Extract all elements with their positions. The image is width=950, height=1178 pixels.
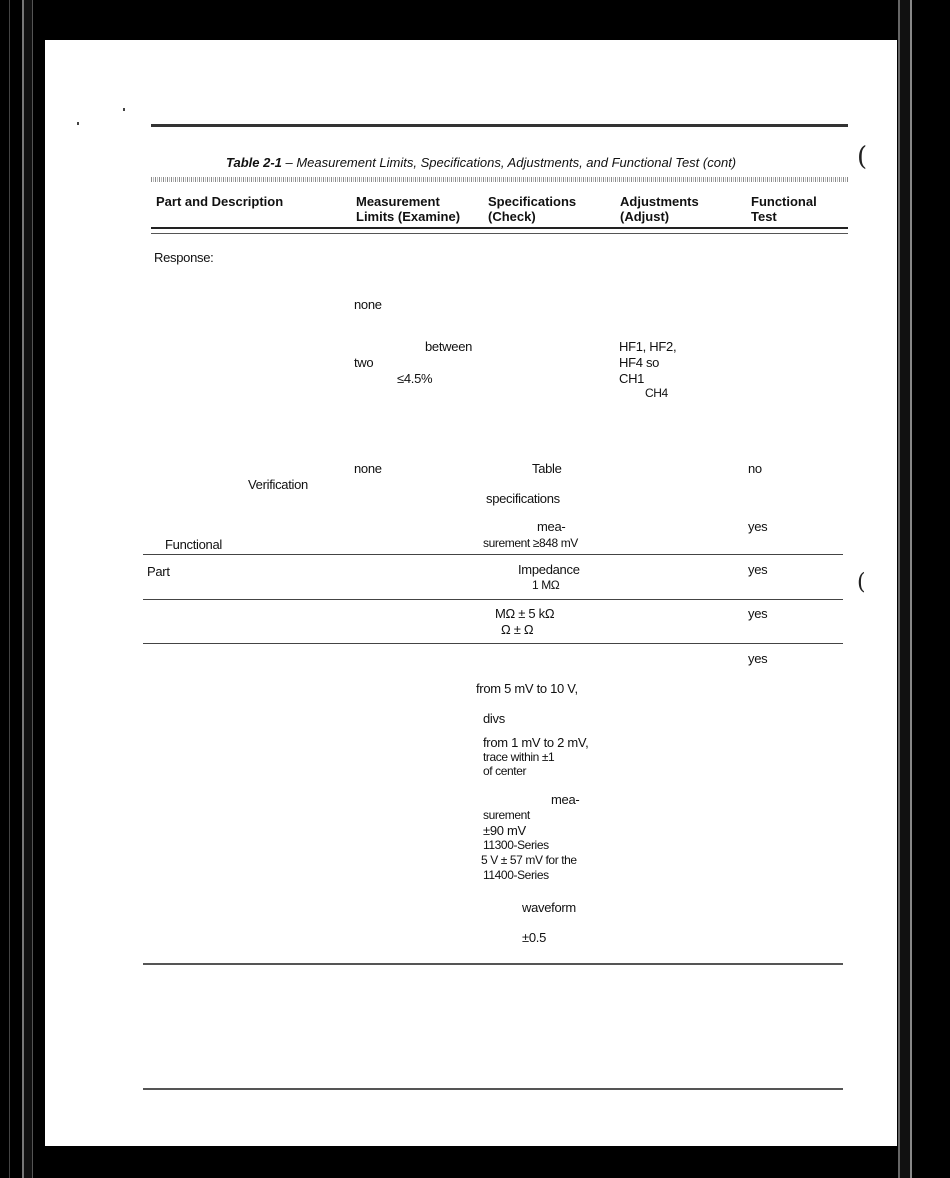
table-bottom-rule [143,963,843,965]
row-sensitivity-test: yes [748,651,767,666]
row-resistance-spec: Ω ± Ω [501,622,533,637]
row-sensitivity-spec: from 1 mV to 2 mV, [483,735,588,750]
row-verification-spec: Table [532,461,562,476]
row-part-label: Part [147,564,170,579]
header-functional-test: Functional Test [751,194,817,224]
row-verification-limits: none [354,461,382,476]
header-line: Adjustments [620,194,699,209]
row-resistance-test: yes [748,606,767,621]
margin-bracket-mark: ( [857,570,866,595]
scan-border-left [0,0,45,1178]
header-line: (Check) [488,209,576,224]
header-line: Specifications [488,194,576,209]
hatched-rule [151,177,848,182]
header-adjustments: Adjustments (Adjust) [620,194,699,224]
row-impedance-test: yes [748,562,767,577]
table-title: Table 2-1 – Measurement Limits, Specific… [226,155,736,170]
scan-speck [123,108,125,111]
header-line: (Adjust) [620,209,699,224]
row-divider [143,599,843,600]
document-page: Table 2-1 – Measurement Limits, Specific… [45,40,897,1146]
row-functional-spec: surement ≥848 mV [483,536,578,550]
row-sensitivity-spec: waveform [522,900,576,915]
row-functional-spec: mea- [537,519,565,534]
row-verification-spec: specifications [486,491,560,506]
top-rule [151,124,848,127]
row-response-adjust: HF1, HF2, [619,339,676,354]
header-line: Test [751,209,817,224]
row-response-adjust: HF4 so [619,355,659,370]
row-response-limits: between [425,339,472,354]
header-line: Measurement [356,194,460,209]
footer-rule [143,1088,843,1090]
row-sensitivity-spec: surement [483,808,530,822]
row-resistance-spec: MΩ ± 5 kΩ [495,606,554,621]
row-response-limits: two [354,355,373,370]
margin-bracket-mark: ( [857,142,867,172]
title-dash: – [282,155,296,170]
row-response-limits: ≤4.5% [397,371,432,386]
row-sensitivity-spec: trace within ±1 [483,750,554,764]
row-sensitivity-spec: ±90 mV [483,823,526,838]
header-line: Limits (Examine) [356,209,460,224]
header-rule [151,227,848,234]
table-title-text: Measurement Limits, Specifications, Adju… [296,155,736,170]
scan-speck [77,122,79,125]
row-sensitivity-spec: mea- [551,792,579,807]
row-sensitivity-spec: 11300-Series [483,838,549,852]
header-specifications: Specifications (Check) [488,194,576,224]
row-response-adjust: CH4 [645,386,668,400]
header-part-description: Part and Description [156,194,283,209]
row-sensitivity-spec: of center [483,764,526,778]
row-sensitivity-spec: divs [483,711,505,726]
row-impedance-spec: 1 MΩ [532,578,559,592]
row-impedance-spec: Impedance [518,562,580,577]
row-sensitivity-spec: from 5 mV to 10 V, [476,681,578,696]
header-line: Functional [751,194,817,209]
row-verification-test: no [748,461,762,476]
row-divider [143,643,843,644]
row-sensitivity-spec: ±0.5 [522,930,546,945]
row-functional-test: yes [748,519,767,534]
header-measurement-limits: Measurement Limits (Examine) [356,194,460,224]
row-sensitivity-spec: 11400-Series [483,868,549,882]
row-sensitivity-spec: 5 V ± 57 mV for the [481,853,577,867]
row-divider [143,554,843,555]
row-response-part: Response: [154,250,213,265]
header-line: Part and Description [156,194,283,209]
row-response-adjust: CH1 [619,371,644,386]
scan-border-right [890,0,950,1178]
row-response-limits: none [354,297,382,312]
row-functional-part: Functional [165,537,222,552]
table-number: Table 2-1 [226,155,282,170]
row-verification-part: Verification [248,477,308,492]
